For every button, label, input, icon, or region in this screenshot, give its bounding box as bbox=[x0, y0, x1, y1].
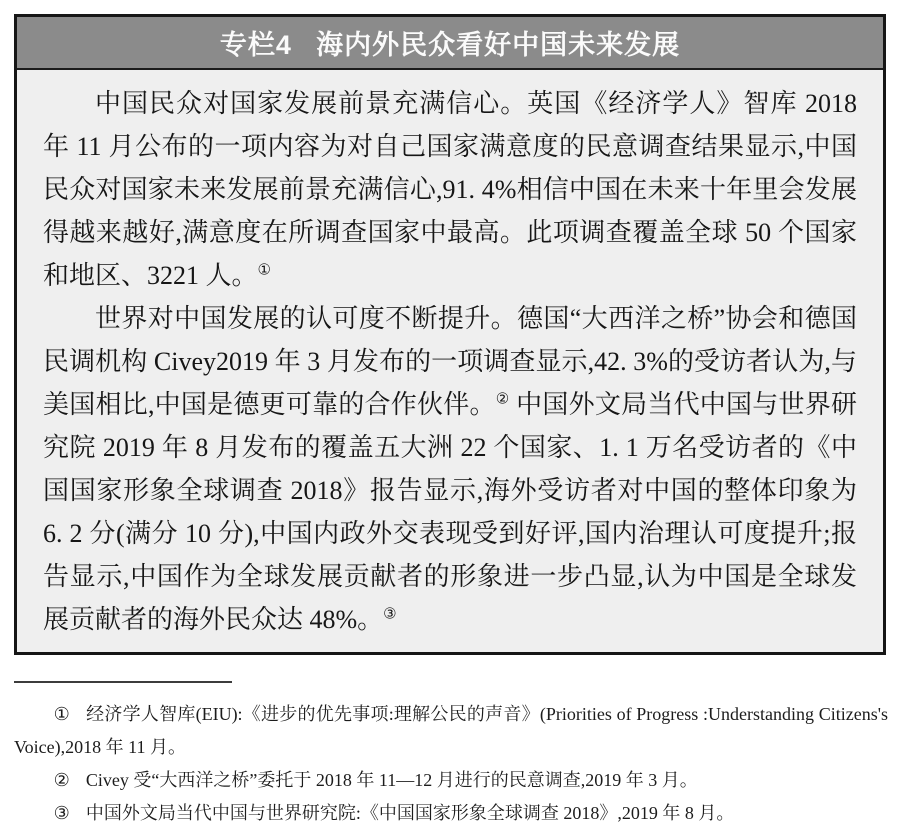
footnote-3-marker: ③ bbox=[54, 803, 70, 823]
footnote-separator bbox=[14, 681, 232, 683]
footnote-ref-3: ③ bbox=[383, 606, 396, 622]
paragraph-2: 世界对中国发展的认可度不断提升。德国“大西洋之桥”协会和德国民调机构 Civey… bbox=[43, 297, 857, 641]
footnote-3: ③中国外文局当代中国与世界研究院:《中国国家形象全球调查 2018》,2019 … bbox=[14, 797, 888, 830]
paragraph-1-text: 中国民众对国家发展前景充满信心。英国《经济学人》智库 2018 年 11 月公布… bbox=[43, 89, 857, 290]
footnote-3-text: 中国外文局当代中国与世界研究院:《中国国家形象全球调查 2018》,2019 年… bbox=[86, 803, 735, 823]
footnote-2: ②Civey 受“大西洋之桥”委托于 2018 年 11—12 月进行的民意调查… bbox=[14, 764, 888, 797]
footnote-1-text: 经济学人智库(EIU):《进步的优先事项:理解公民的声音》(Priorities… bbox=[14, 704, 888, 757]
column-box-header: 专栏4 海内外民众看好中国未来发展 bbox=[17, 17, 883, 70]
column-box-body: 中国民众对国家发展前景充满信心。英国《经济学人》智库 2018 年 11 月公布… bbox=[17, 70, 883, 652]
footnote-1: ①经济学人智库(EIU):《进步的优先事项:理解公民的声音》(Prioritie… bbox=[14, 698, 888, 764]
footnotes: ①经济学人智库(EIU):《进步的优先事项:理解公民的声音》(Prioritie… bbox=[14, 681, 888, 830]
column-box-label: 专栏4 bbox=[220, 23, 292, 62]
footnote-2-text: Civey 受“大西洋之桥”委托于 2018 年 11—12 月进行的民意调查,… bbox=[86, 770, 698, 790]
paragraph-2-text-b: 中国外文局当代中国与世界研究院 2019 年 8 月发布的覆盖五大洲 22 个国… bbox=[43, 390, 857, 634]
column-box: 专栏4 海内外民众看好中国未来发展 中国民众对国家发展前景充满信心。英国《经济学… bbox=[14, 14, 886, 655]
paragraph-1: 中国民众对国家发展前景充满信心。英国《经济学人》智库 2018 年 11 月公布… bbox=[43, 82, 857, 297]
footnote-ref-1: ① bbox=[258, 262, 271, 278]
footnote-ref-2: ② bbox=[496, 391, 510, 407]
document-page: 专栏4 海内外民众看好中国未来发展 中国民众对国家发展前景充满信心。英国《经济学… bbox=[0, 0, 900, 836]
column-box-title: 海内外民众看好中国未来发展 bbox=[316, 23, 680, 62]
footnote-1-marker: ① bbox=[54, 704, 70, 724]
footnote-2-marker: ② bbox=[54, 770, 70, 790]
